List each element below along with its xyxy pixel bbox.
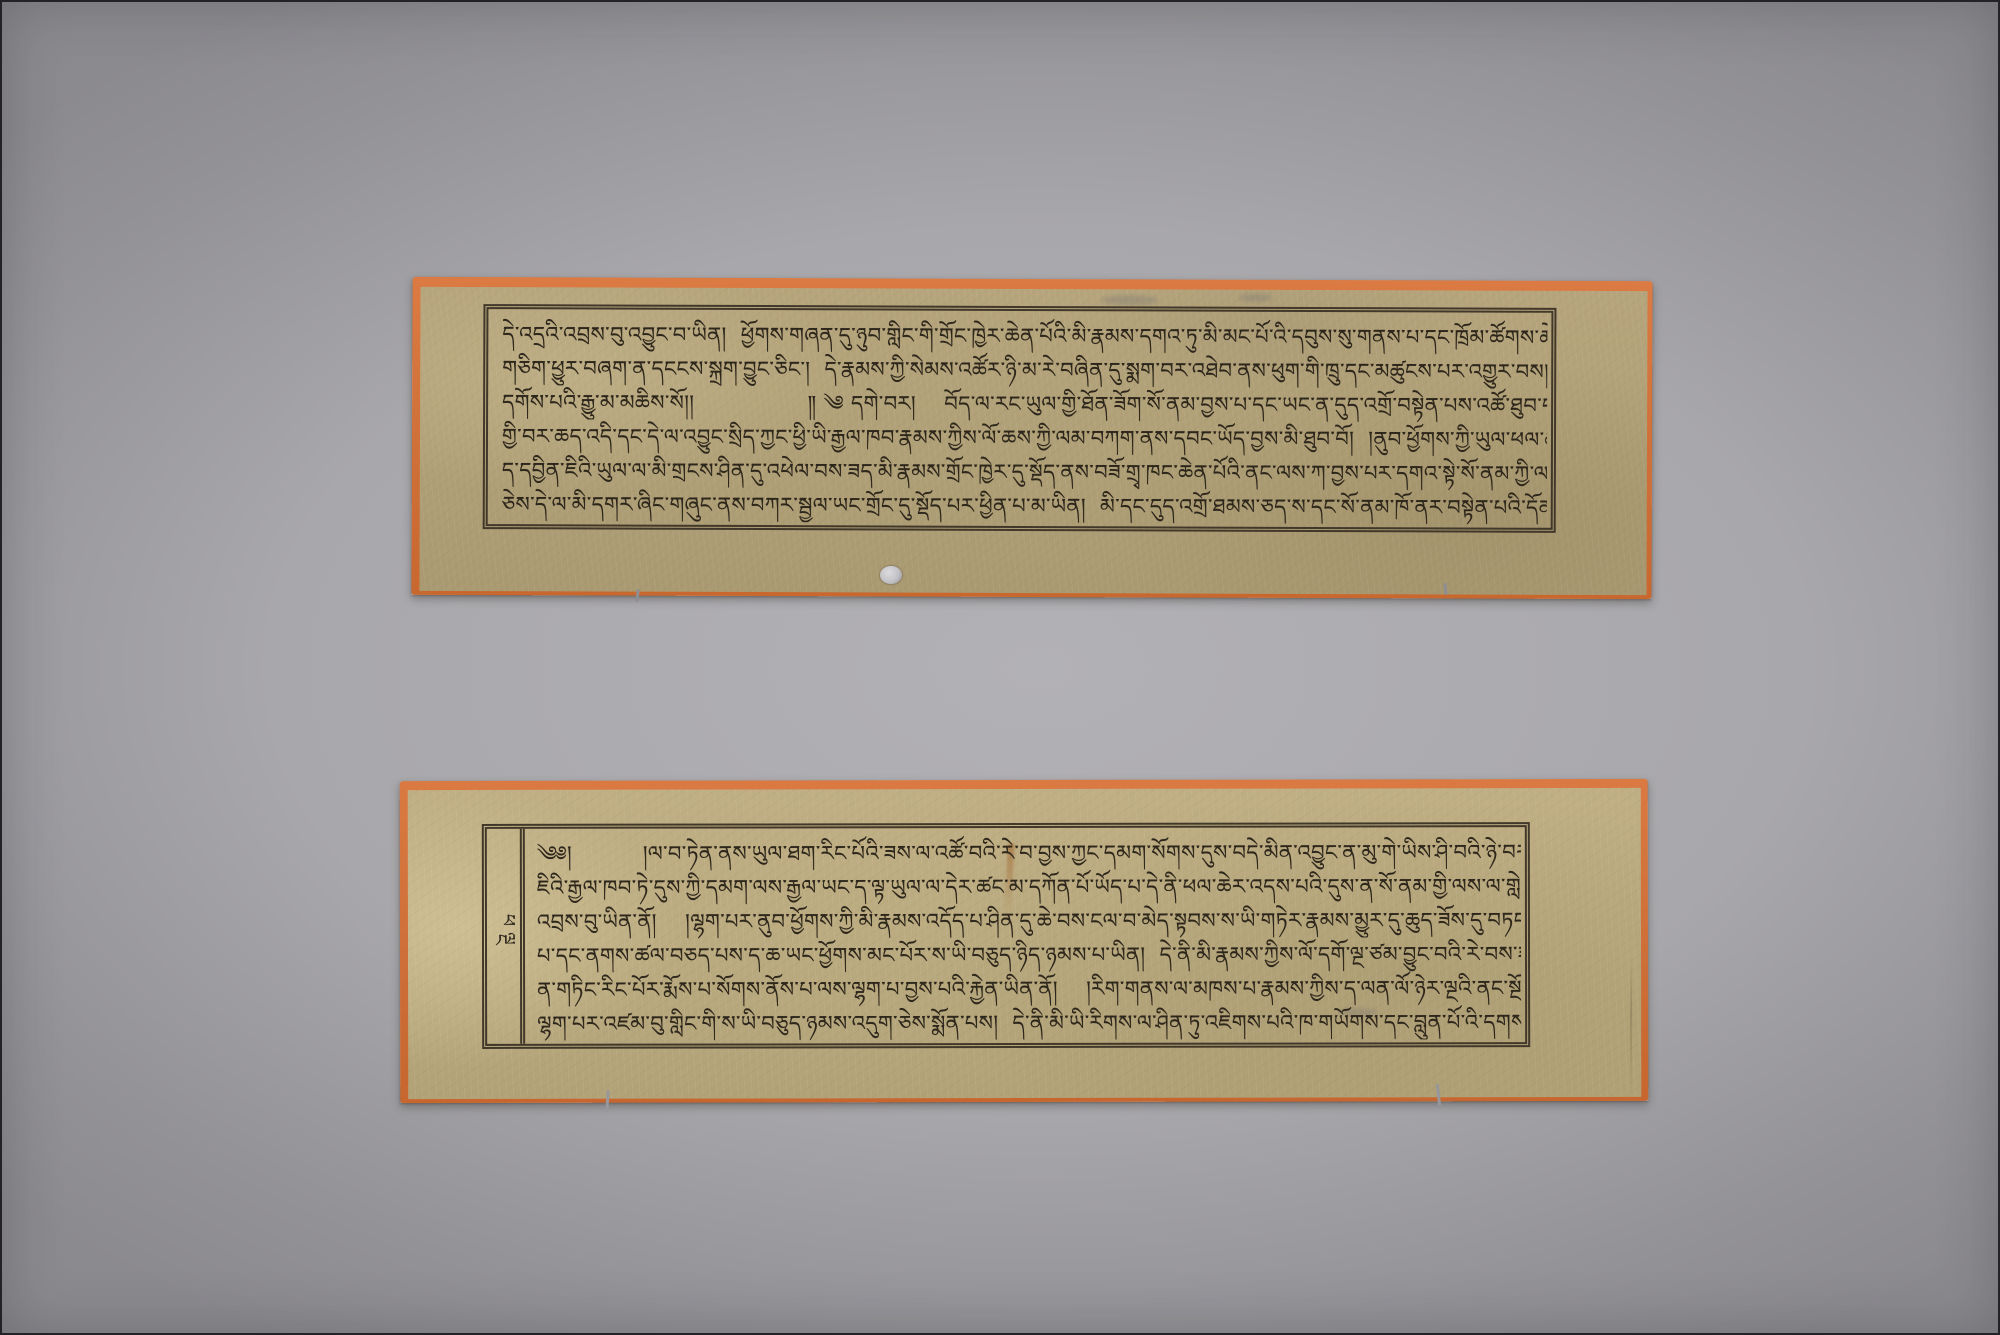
- text-line: ད་དབྱིན་ཇིའི་ཡུལ་ལ་མི་གྲངས་ཤིན་དུ་འཕེལ་བ…: [502, 453, 1547, 491]
- pecha-leaf-bottom: ཕལྔ ༄༅། །ལ་བ་ཏེན་ནས་ཡུལ་ཐག་རིང་པོའི་ཟས་ལ…: [400, 779, 1649, 1103]
- text-line: ༄༅། །ལ་བ་ཏེན་ནས་ཡུལ་ཐག་རིང་པོའི་ཟས་ལ་འཚོ…: [537, 835, 1521, 871]
- text-block: དེ་འདྲའི་འབྲས་བུ་འབྱུང་བ་ཡིན། ཕྱོགས་གཞན་…: [488, 309, 1552, 528]
- text-line: དགོས་པའི་རྒྱུ་མ་མཆིས་སོ།། ༎ ༄ དགེ་བར། བོ…: [502, 385, 1547, 423]
- text-line: དེ་འདྲའི་འབྲས་བུ་འབྱུང་བ་ཡིན། ཕྱོགས་གཞན་…: [502, 317, 1547, 355]
- margin-label-lower: ལྔ: [497, 932, 519, 951]
- margin-column: ཕལྔ: [487, 829, 525, 1044]
- photo-background: དེ་འདྲའི་འབྲས་བུ་འབྱུང་བ་ཡིན། ཕྱོགས་གཞན་…: [0, 0, 2000, 1335]
- smudge-stain: [1100, 295, 1158, 305]
- paper-crease: [1630, 958, 1632, 1098]
- text-frame: ཕལྔ ༄༅། །ལ་བ་ཏེན་ནས་ཡུལ་ཐག་རིང་པོའི་ཟས་ལ…: [482, 822, 1530, 1049]
- smudge-stain: [1238, 294, 1272, 302]
- text-block: ༄༅། །ལ་བ་ཏེན་ནས་ཡུལ་ཐག་རིང་པོའི་ཟས་ལ་འཚོ…: [525, 827, 1525, 1044]
- text-line: གྱི་བར་ཆད་འདི་དང་དེ་ལ་འབྱུང་སྲིད་ཀྱང་ཕྱི…: [502, 419, 1547, 457]
- text-line: གཅིག་ཕྱུར་བཞག་ན་དངངས་སྐྲག་བྱུང་ཅིང་། དེ་…: [502, 351, 1547, 389]
- folio-margin-label: ཕལྔ: [482, 914, 530, 974]
- pecha-leaf-top: དེ་འདྲའི་འབྲས་བུ་འབྱུང་བ་ཡིན། ཕྱོགས་གཞན་…: [411, 277, 1652, 599]
- string-hole-wad: [880, 566, 902, 584]
- text-line: ལྷག་པར་འཛམ་བུ་གླིང་གི་ས་ཡི་བཅུད་ཉམས་འདུག…: [537, 1005, 1521, 1041]
- margin-label-upper: ཕ: [497, 914, 519, 932]
- text-line: པ་དང་ནགས་ཚལ་བཅད་པས་ད་ཆ་ཡང་ཕྱོགས་མང་པོར་ས…: [537, 937, 1521, 973]
- text-line: ཇིའི་རྒྱལ་ཁབ་ཏེ་དུས་ཀྱི་དམག་ལས་རྒྱལ་ཡང་ད…: [537, 869, 1521, 905]
- text-line: ན་གཏིང་རིང་པོར་རྨོས་པ་སོགས་ནོས་པ་ལས་ལྷག་…: [537, 971, 1521, 1007]
- text-line: ཅེས་དེ་ལ་མི་དགར་ཞིང་གཞུང་ནས་བཀར་སྦྱལ་ཡང་…: [502, 487, 1547, 525]
- text-frame: དེ་འདྲའི་འབྲས་བུ་འབྱུང་བ་ཡིན། ཕྱོགས་གཞན་…: [483, 304, 1557, 533]
- text-line: འབྲས་བུ་ཡིན་ནོ། །ལྷག་པར་ནུབ་ཕྱོགས་ཀྱི་མི…: [537, 903, 1521, 939]
